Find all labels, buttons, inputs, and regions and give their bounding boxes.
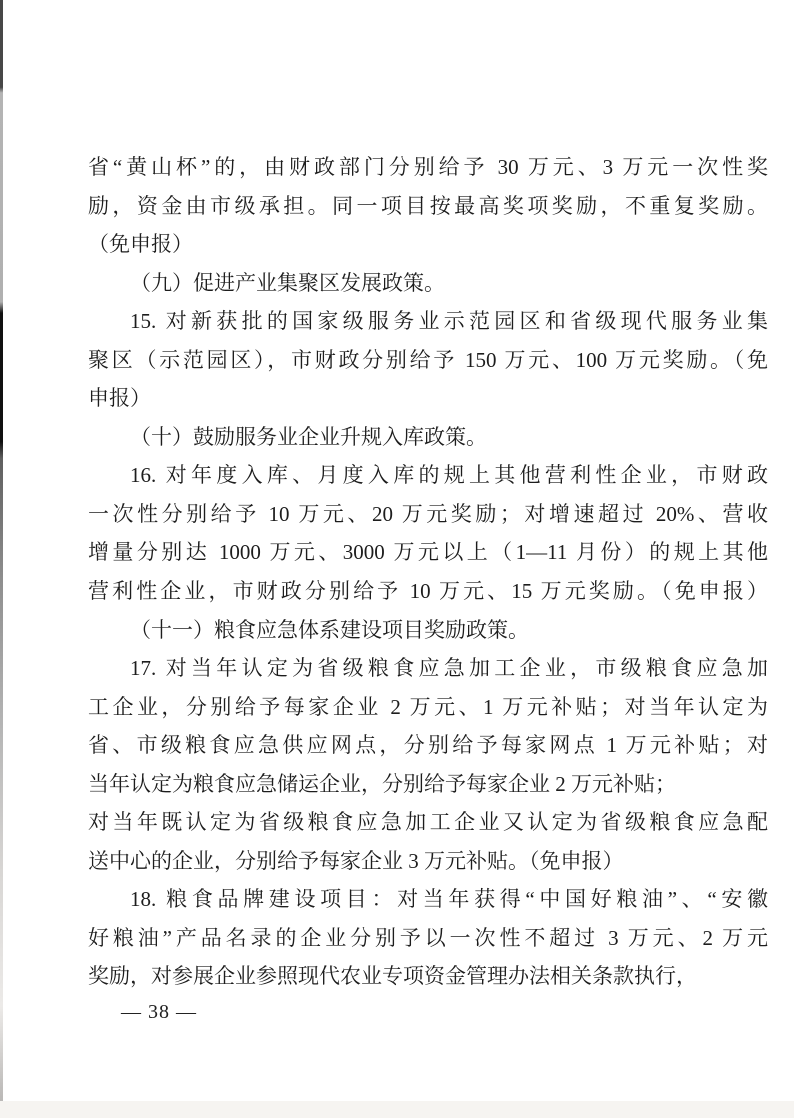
text-line: 当年认定为粮食应急储运企业，分别给予每家企业 2 万元补贴； [88,765,768,804]
text-line: 好粮油”产品名录的企业分别予以一次性不超过 3 万元、2 万元 [88,919,768,958]
text-line: （十一）粮食应急体系建设项目奖励政策。 [88,611,768,650]
text-line: 申报） [88,379,768,418]
text-line: 励，资金由市级承担。同一项目按最高奖项奖励，不重复奖励。 [88,187,768,226]
text-line: （十）鼓励服务业企业升规入库政策。 [88,418,768,457]
text-line: 送中心的企业，分别给予每家企业 3 万元补贴。（免申报） [88,842,768,881]
text-line: 省、市级粮食应急供应网点，分别给予每家网点 1 万元补贴；对 [88,726,768,765]
document-page: 省“黄山杯”的，由财政部门分别给予 30 万元、3 万元一次性奖 励，资金由市级… [0,0,794,1118]
text-line: 聚区（示范园区），市财政分别给予 150 万元、100 万元奖励。（免 [88,341,768,380]
page-number: — 38 — [121,1000,197,1024]
text-line: 营利性企业，市财政分别给予 10 万元、15 万元奖励。（免申报） [88,572,768,611]
scan-edge-artifact [0,0,3,1118]
scan-bottom-artifact [0,1101,794,1118]
text-line: 17. 对当年认定为省级粮食应急加工企业，市级粮食应急加 [88,649,768,688]
text-line: 增量分别达 1000 万元、3000 万元以上（1—11 月份）的规上其他 [88,533,768,572]
text-line: 奖励，对参展企业参照现代农业专项资金管理办法相关条款执行， [88,957,768,996]
document-body: 省“黄山杯”的，由财政部门分别给予 30 万元、3 万元一次性奖 励，资金由市级… [88,148,768,996]
text-line: 16. 对年度入库、月度入库的规上其他营利性企业，市财政 [88,456,768,495]
text-line: （免申报） [88,225,768,264]
text-line: （九）促进产业集聚区发展政策。 [88,264,768,303]
text-line: 15. 对新获批的国家级服务业示范园区和省级现代服务业集 [88,302,768,341]
text-line: 一次性分别给予 10 万元、20 万元奖励；对增速超过 20%、营收 [88,495,768,534]
text-line: 省“黄山杯”的，由财政部门分别给予 30 万元、3 万元一次性奖 [88,148,768,187]
text-line: 对当年既认定为省级粮食应急加工企业又认定为省级粮食应急配 [88,803,768,842]
text-line: 18. 粮食品牌建设项目：对当年获得“中国好粮油”、“安徽 [88,880,768,919]
text-line: 工企业，分别给予每家企业 2 万元、1 万元补贴；对当年认定为 [88,688,768,727]
